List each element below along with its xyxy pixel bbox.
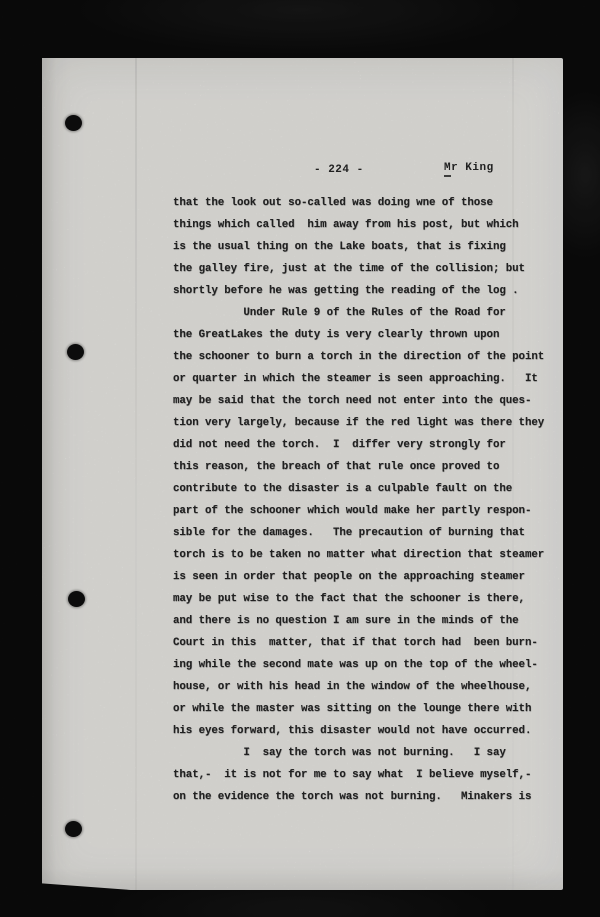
paragraph-1: that the look out so-called was doing wn… bbox=[173, 192, 587, 302]
text-line: Under Rule 9 of the Rules of the Road fo… bbox=[173, 302, 587, 324]
text-line: did not need the torch. I differ very st… bbox=[173, 434, 587, 456]
text-line: house, or with his head in the window of… bbox=[173, 676, 587, 698]
text-line: sible for the damages. The precaution of… bbox=[173, 522, 587, 544]
punch-hole bbox=[68, 591, 85, 607]
text-line: the schooner to burn a torch in the dire… bbox=[173, 346, 587, 368]
text-line: ing while the second mate was up on the … bbox=[173, 654, 587, 676]
punch-hole bbox=[67, 344, 84, 360]
attribution: Mr King bbox=[444, 162, 494, 174]
text-line: things which called him away from his po… bbox=[173, 214, 587, 236]
punch-hole bbox=[65, 821, 82, 837]
text-line: on the evidence the torch was not burnin… bbox=[173, 786, 587, 808]
text-line: Court in this matter, that if that torch… bbox=[173, 632, 587, 654]
attribution-name: r King bbox=[451, 162, 494, 174]
text-line: torch is to be taken no matter what dire… bbox=[173, 544, 587, 566]
text-line: may be put wise to the fact that the sch… bbox=[173, 588, 587, 610]
text-line: contribute to the disaster is a culpable… bbox=[173, 478, 587, 500]
page-number: - 224 - bbox=[314, 164, 364, 176]
text-line: this reason, the breach of that rule onc… bbox=[173, 456, 587, 478]
text-line: that,- it is not for me to say what I be… bbox=[173, 764, 587, 786]
text-line: and there is no question I am sure in th… bbox=[173, 610, 587, 632]
text-line: his eyes forward, this disaster would no… bbox=[173, 720, 587, 742]
text-line: is seen in order that people on the appr… bbox=[173, 566, 587, 588]
text-line: tion very largely, because if the red li… bbox=[173, 412, 587, 434]
text-line: the galley fire, just at the time of the… bbox=[173, 258, 587, 280]
document-page: - 224 - Mr King that the look out so-cal… bbox=[42, 58, 563, 890]
text-line: shortly before he was getting the readin… bbox=[173, 280, 587, 302]
text-body: that the look out so-called was doing wn… bbox=[173, 192, 587, 808]
text-line: part of the schooner which would make he… bbox=[173, 500, 587, 522]
text-line: the GreatLakes the duty is very clearly … bbox=[173, 324, 587, 346]
scan-background: - 224 - Mr King that the look out so-cal… bbox=[0, 0, 600, 917]
text-line: is the usual thing on the Lake boats, th… bbox=[173, 236, 587, 258]
paragraph-3: I say the torch was not burning. I sayth… bbox=[173, 742, 587, 808]
text-line: or quarter in which the steamer is seen … bbox=[173, 368, 587, 390]
text-line: or while the master was sitting on the l… bbox=[173, 698, 587, 720]
paragraph-2: Under Rule 9 of the Rules of the Road fo… bbox=[173, 302, 587, 742]
page-header: - 224 - Mr King bbox=[42, 162, 563, 186]
text-line: that the look out so-called was doing wn… bbox=[173, 192, 587, 214]
text-line: may be said that the torch need not ente… bbox=[173, 390, 587, 412]
text-line: I say the torch was not burning. I say bbox=[173, 742, 587, 764]
punch-hole bbox=[65, 115, 82, 131]
